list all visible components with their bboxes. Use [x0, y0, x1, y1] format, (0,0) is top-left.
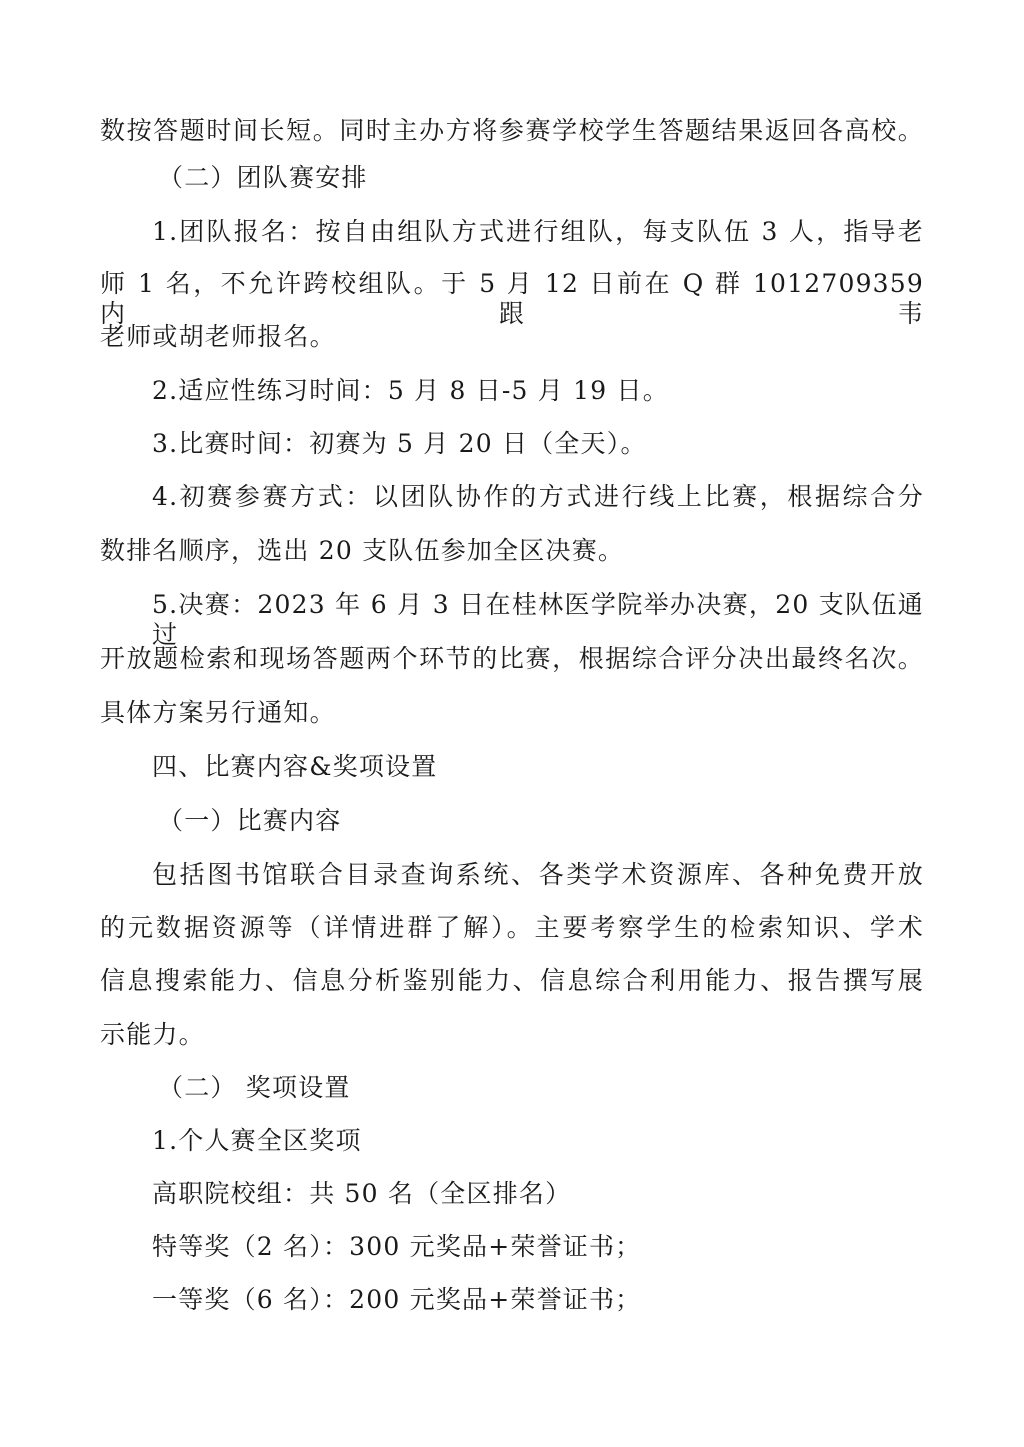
- document-page: 数按答题时间长短。同时主办方将参赛学校学生答题结果返回各高校。 （二）团队赛安排…: [0, 0, 1024, 1447]
- paragraph-line: 老师或胡老师报名。: [100, 322, 924, 352]
- subsection-heading-content: （一）比赛内容: [158, 806, 982, 836]
- paragraph-line: 师 1 名，不允许跨校组队。于 5 月 12 日前在 Q 群 101270935…: [100, 269, 924, 329]
- paragraph-line: 高职院校组：共 50 名（全区排名）: [152, 1179, 924, 1209]
- paragraph-line: 3.比赛时间：初赛为 5 月 20 日（全天）。: [152, 429, 924, 459]
- paragraph-line: 示能力。: [100, 1020, 924, 1050]
- paragraph-line: 的元数据资源等（详情进群了解）。主要考察学生的检索知识、学术: [100, 913, 924, 943]
- paragraph-line: 1.个人赛全区奖项: [152, 1126, 924, 1156]
- paragraph-line: 数排名顺序，选出 20 支队伍参加全区决赛。: [100, 536, 924, 566]
- subsection-heading-awards: （二） 奖项设置: [158, 1073, 982, 1103]
- section-heading-content-awards: 四、比赛内容&奖项设置: [152, 752, 924, 782]
- paragraph-line: 具体方案另行通知。: [100, 698, 924, 728]
- paragraph-line: 1.团队报名：按自由组队方式进行组队，每支队伍 3 人，指导老: [152, 217, 924, 247]
- paragraph-line: 数按答题时间长短。同时主办方将参赛学校学生答题结果返回各高校。: [100, 116, 924, 146]
- paragraph-line: 信息搜索能力、信息分析鉴别能力、信息综合利用能力、报告撰写展: [100, 966, 924, 996]
- award-line-first: 一等奖（6 名）：200 元奖品+荣誉证书；: [152, 1285, 924, 1315]
- paragraph-line: 5.决赛：2023 年 6 月 3 日在桂林医学院举办决赛，20 支队伍通过: [152, 590, 924, 650]
- paragraph-line: 包括图书馆联合目录查询系统、各类学术资源库、各种免费开放: [152, 860, 924, 890]
- paragraph-line: 2.适应性练习时间：5 月 8 日-5 月 19 日。: [152, 376, 924, 406]
- section-heading-team-schedule: （二）团队赛安排: [158, 163, 982, 193]
- award-line-special: 特等奖（2 名）：300 元奖品+荣誉证书；: [152, 1232, 924, 1262]
- paragraph-line: 4.初赛参赛方式：以团队协作的方式进行线上比赛，根据综合分: [152, 482, 924, 512]
- paragraph-line: 开放题检索和现场答题两个环节的比赛，根据综合评分决出最终名次。: [100, 644, 924, 674]
